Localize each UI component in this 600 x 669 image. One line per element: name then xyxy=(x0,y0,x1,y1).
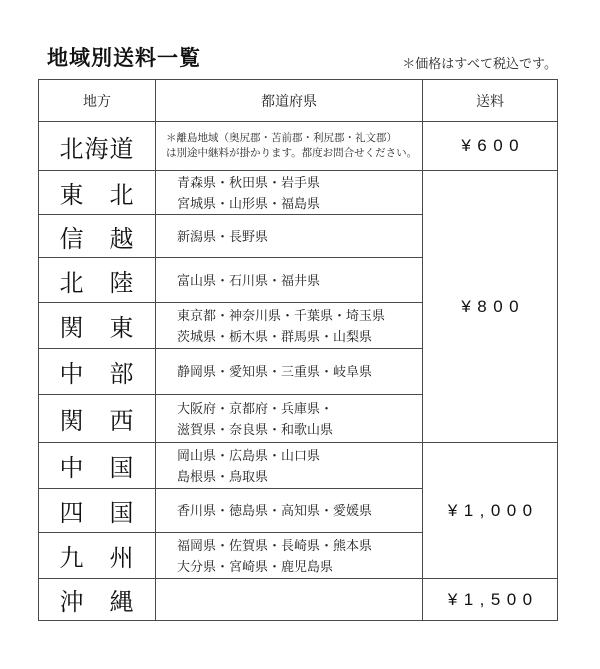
remote-island-note-line2: は別途中継料が掛かります。都度お問合せください。 xyxy=(166,146,422,162)
remote-island-note-line1: ＊離島地域（奥尻郡・苫前郡・利尻郡・礼文郡） xyxy=(166,131,422,147)
fee-cell: ¥1,500 xyxy=(423,579,558,621)
header-region: 地方 xyxy=(39,80,156,122)
prefecture-line: 静岡県・愛知県・三重県・岐阜県 xyxy=(177,361,422,382)
prefecture-line: 大分県・宮崎県・鹿児島県 xyxy=(177,556,422,577)
table-row-tohoku: 東 北 青森県・秋田県・岩手県 宮城県・山形県・福島県 ¥800 xyxy=(39,171,558,215)
header-prefectures: 都道府県 xyxy=(156,80,423,122)
prefectures-cell: 静岡県・愛知県・三重県・岐阜県 xyxy=(156,349,423,395)
prefectures-cell: ＊離島地域（奥尻郡・苫前郡・利尻郡・礼文郡） は別途中継料が掛かります。都度お問… xyxy=(156,122,423,171)
region-cell: 沖 縄 xyxy=(39,579,156,621)
region-cell: 九 州 xyxy=(39,533,156,579)
prefectures-cell: 富山県・石川県・福井県 xyxy=(156,258,423,303)
fee-cell: ¥600 xyxy=(423,122,558,171)
page-title: 地域別送料一覧 xyxy=(47,42,201,72)
prefectures-cell: 東京都・神奈川県・千葉県・埼玉県 茨城県・栃木県・群馬県・山梨県 xyxy=(156,303,423,349)
region-cell: 関 西 xyxy=(39,395,156,443)
prefectures-cell-empty xyxy=(156,579,423,621)
prefecture-line: 大阪府・京都府・兵庫県・ xyxy=(177,398,422,419)
region-cell: 四 国 xyxy=(39,489,156,533)
prefecture-line: 新潟県・長野県 xyxy=(177,226,422,247)
prefectures-cell: 大阪府・京都府・兵庫県・ 滋賀県・奈良県・和歌山県 xyxy=(156,395,423,443)
header-fee: 送料 xyxy=(423,80,558,122)
prefecture-line: 宮城県・山形県・福島県 xyxy=(177,193,422,214)
prefectures-cell: 新潟県・長野県 xyxy=(156,215,423,258)
fee-cell-merged: ¥1,000 xyxy=(423,443,558,579)
region-cell: 中 部 xyxy=(39,349,156,395)
tax-included-note: ＊価格はすべて税込です。 xyxy=(402,53,557,72)
prefecture-line: 滋賀県・奈良県・和歌山県 xyxy=(177,419,422,440)
prefecture-line: 富山県・石川県・福井県 xyxy=(177,270,422,291)
region-cell: 中 国 xyxy=(39,443,156,489)
prefecture-line: 東京都・神奈川県・千葉県・埼玉県 xyxy=(177,305,422,326)
region-cell: 東 北 xyxy=(39,171,156,215)
table-row-chugoku: 中 国 岡山県・広島県・山口県 島根県・鳥取県 ¥1,000 xyxy=(39,443,558,489)
region-cell: 信 越 xyxy=(39,215,156,258)
table-row-okinawa: 沖 縄 ¥1,500 xyxy=(39,579,558,621)
prefecture-line: 福岡県・佐賀県・長崎県・熊本県 xyxy=(177,535,422,556)
fee-cell-merged: ¥800 xyxy=(423,171,558,443)
prefecture-line: 茨城県・栃木県・群馬県・山梨県 xyxy=(177,326,422,347)
table-row-hokkaido: 北海道 ＊離島地域（奥尻郡・苫前郡・利尻郡・礼文郡） は別途中継料が掛かります。… xyxy=(39,122,558,171)
prefectures-cell: 岡山県・広島県・山口県 島根県・鳥取県 xyxy=(156,443,423,489)
shipping-fee-table: 地方 都道府県 送料 北海道 ＊離島地域（奥尻郡・苫前郡・利尻郡・礼文郡） は別… xyxy=(38,79,558,621)
prefectures-cell: 福岡県・佐賀県・長崎県・熊本県 大分県・宮崎県・鹿児島県 xyxy=(156,533,423,579)
region-cell: 関 東 xyxy=(39,303,156,349)
region-cell: 北海道 xyxy=(39,122,156,171)
region-cell: 北 陸 xyxy=(39,258,156,303)
prefectures-cell: 香川県・徳島県・高知県・愛媛県 xyxy=(156,489,423,533)
prefecture-line: 青森県・秋田県・岩手県 xyxy=(177,172,422,193)
prefectures-cell: 青森県・秋田県・岩手県 宮城県・山形県・福島県 xyxy=(156,171,423,215)
table-header-row: 地方 都道府県 送料 xyxy=(39,80,558,122)
prefecture-line: 香川県・徳島県・高知県・愛媛県 xyxy=(177,500,422,521)
prefecture-line: 島根県・鳥取県 xyxy=(177,466,422,487)
prefecture-line: 岡山県・広島県・山口県 xyxy=(177,445,422,466)
